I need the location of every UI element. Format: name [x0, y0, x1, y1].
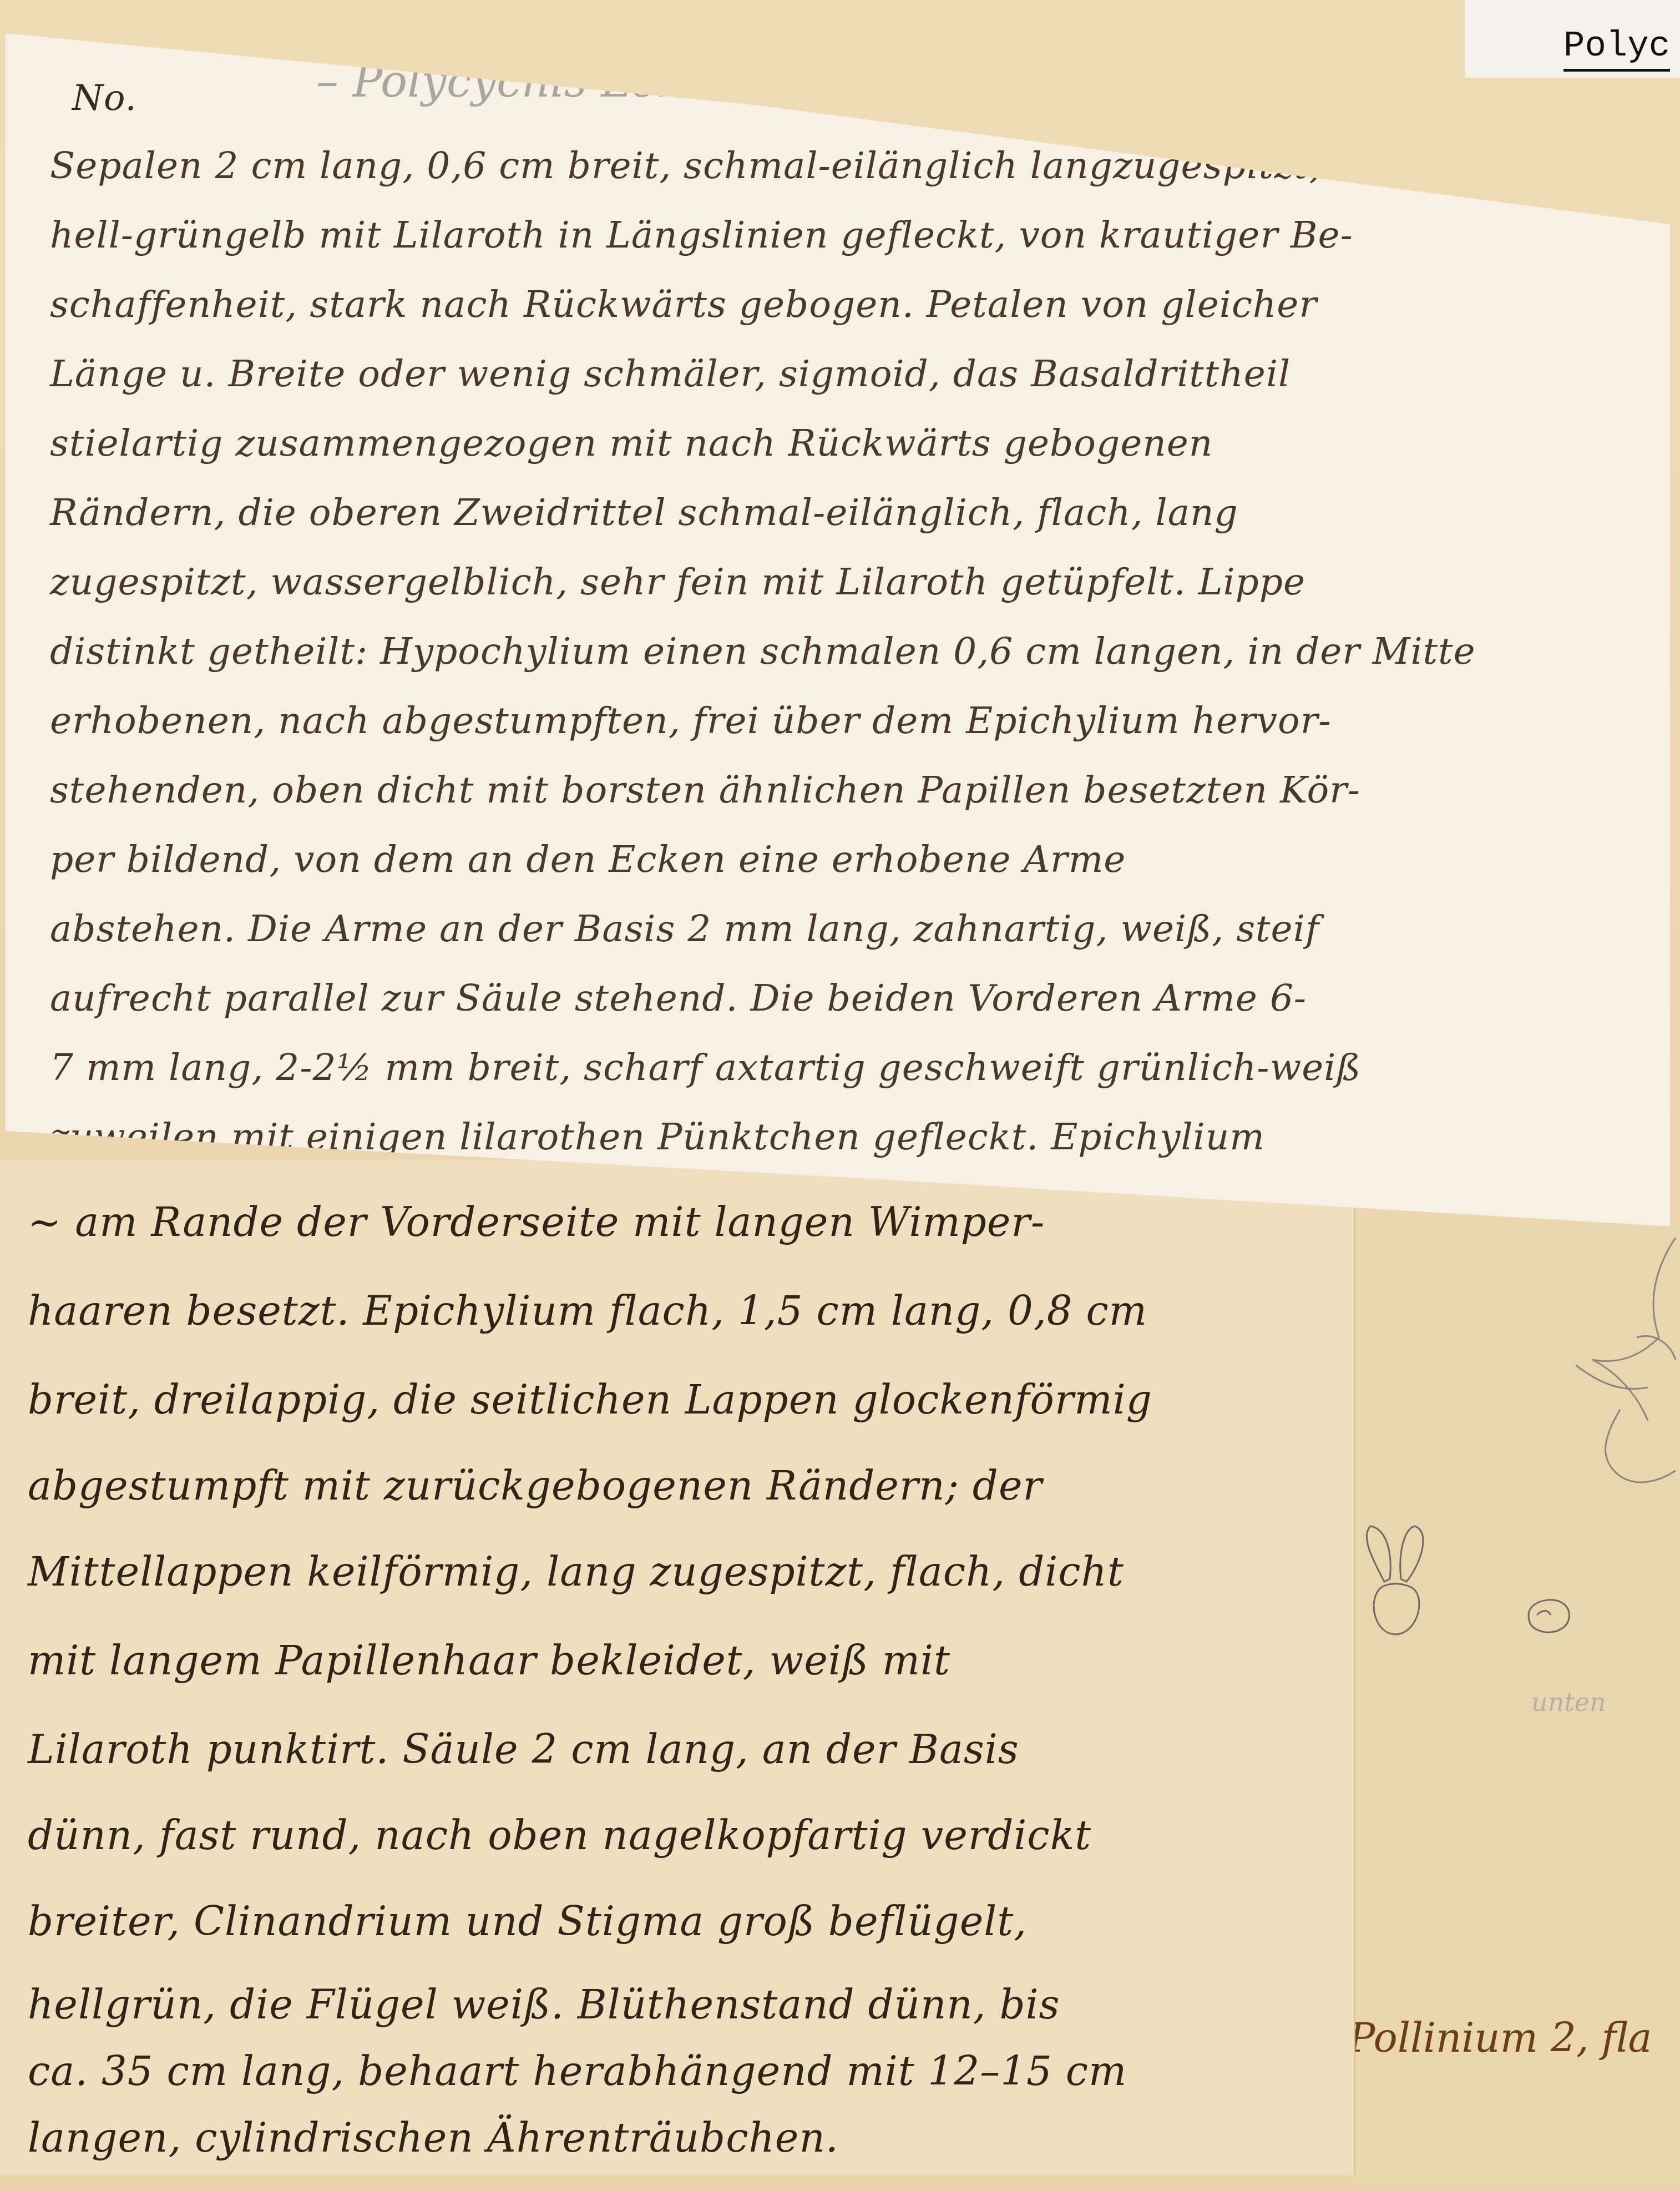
pollinium-caption: Pollinium 2, fla [1348, 2015, 1652, 2061]
text-line: breit, dreilappig, die seitlichen Lappen… [28, 1376, 1152, 1423]
text-line: ca. 35 cm lang, behaart herabhängend mit… [28, 2048, 1127, 2094]
pollinium-sketch [1354, 1515, 1443, 1659]
typed-label: Polyc [1563, 27, 1670, 72]
text-line: ~ am Rande der Vorderseite mit langen Wi… [28, 1199, 1045, 1245]
text-line: per bildend, von dem an den Ecken eine e… [50, 838, 1126, 881]
text-line: stehenden, oben dicht mit borsten ähnlic… [50, 769, 1360, 811]
anther-sketch [1520, 1587, 1576, 1643]
text-line: hell-grüngelb mit Lilaroth in Längslinie… [50, 214, 1353, 256]
text-line: erhobenen, nach abgestumpften, frei über… [50, 699, 1332, 742]
pencil-note: unten [1531, 1687, 1606, 1717]
text-line: 7 mm lang, 2-2½ mm breit, scharf axtarti… [50, 1046, 1361, 1089]
text-line: abstehen. Die Arme an der Basis 2 mm lan… [50, 907, 1319, 950]
text-line: schaffenheit, stark nach Rückwärts gebog… [50, 283, 1317, 326]
orchid-flower-sketch [1509, 1226, 1680, 1537]
number-mark: No. [72, 78, 137, 119]
lower-note-card: ~ am Rande der Vorderseite mit langen Wi… [0, 1160, 1355, 2175]
text-line: breiter, Clinandrium und Stigma groß bef… [28, 1898, 1027, 1945]
text-line: hellgrün, die Flügel weiß. Blüthenstand … [28, 1981, 1060, 2028]
text-line: Lilaroth punktirt. Säule 2 cm lang, an d… [28, 1726, 1019, 1773]
text-line: zugespitzt, wassergelblich, sehr fein mi… [50, 561, 1305, 603]
text-line: abgestumpft mit zurückgebogenen Rändern;… [28, 1462, 1043, 1509]
text-line: Rändern, die oberen Zweidrittel schmal-e… [50, 491, 1238, 534]
upper-note-card: No. – Polycycnis Lehmanni ? Sepalen 2 cm… [6, 33, 1670, 1226]
text-line: mit langem Papillenhaar bekleidet, weiß … [28, 1637, 950, 1684]
text-line: stielartig zusammengezogen mit nach Rück… [50, 422, 1213, 465]
text-line: dünn, fast rund, nach oben nagelkopfarti… [28, 1812, 1091, 1859]
text-line: langen, cylindrischen Ährenträubchen. [28, 2114, 839, 2161]
text-line: Mittellappen keilförmig, lang zugespitzt… [28, 1548, 1124, 1595]
text-line: distinkt getheilt: Hypochylium einen sch… [50, 630, 1476, 673]
text-line: Länge u. Breite oder wenig schmäler, sig… [50, 352, 1291, 395]
text-line: haaren besetzt. Epichylium flach, 1,5 cm… [28, 1288, 1147, 1334]
text-line: aufrecht parallel zur Säule stehend. Die… [50, 977, 1307, 1019]
